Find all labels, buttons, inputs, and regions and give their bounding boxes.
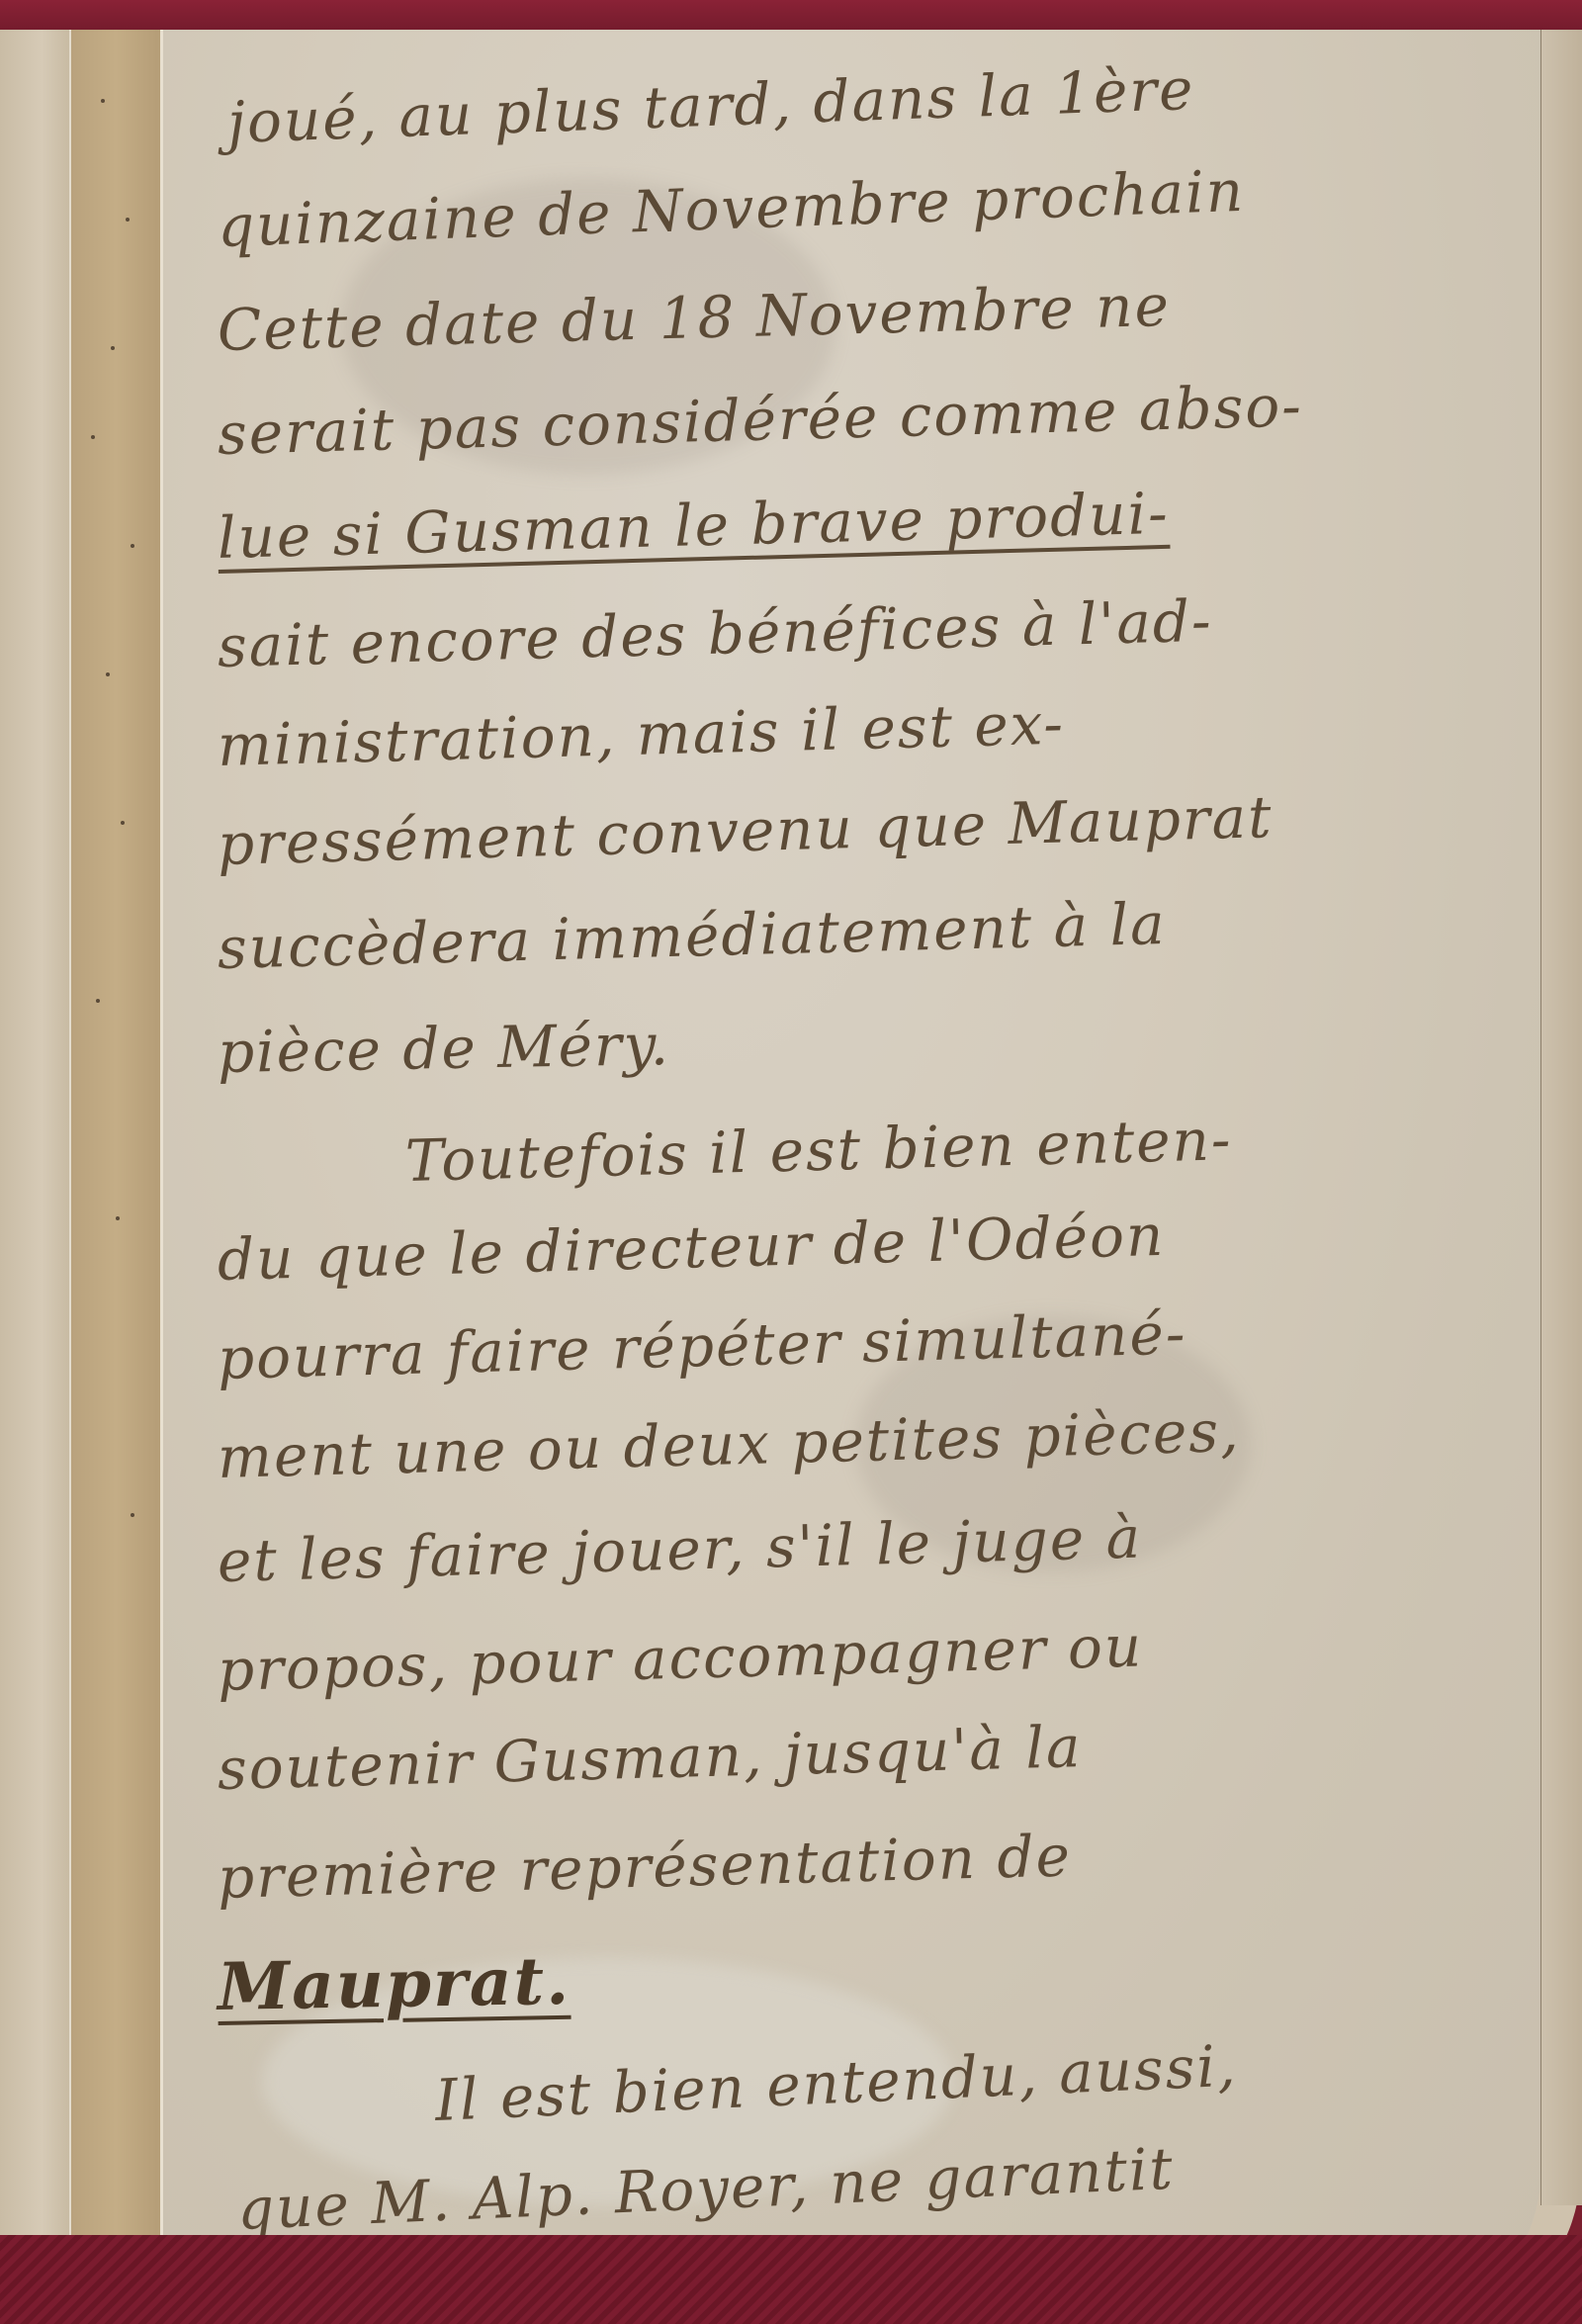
open-book: joué, au plus tard, dans la 1ère quinzai…	[0, 30, 1582, 2275]
text-line: pièce de Méry.	[217, 1011, 670, 1086]
book-gutter	[71, 30, 163, 2275]
left-page-edge	[0, 30, 71, 2275]
right-page-edge	[1540, 30, 1582, 2205]
text-line-mauprat-underlined: Mauprat.	[217, 1942, 571, 2025]
fabric-background-bottom	[0, 2235, 1582, 2324]
